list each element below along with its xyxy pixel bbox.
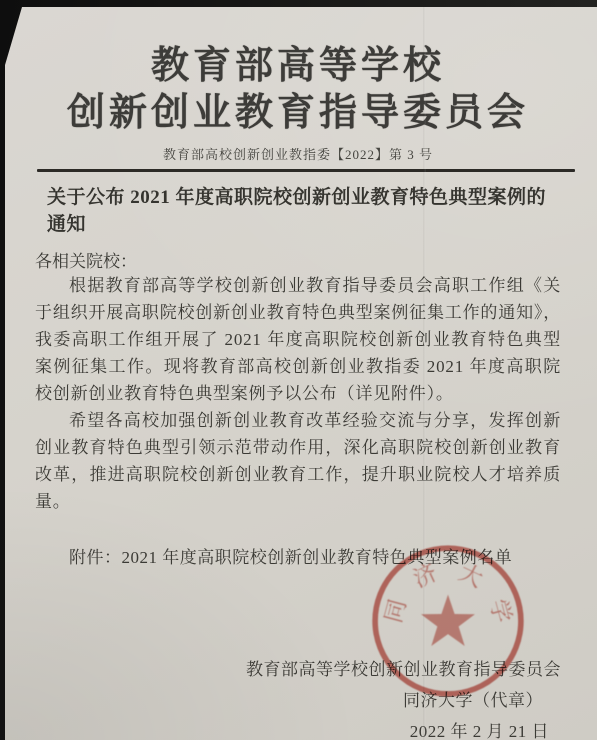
- issuing-org-line2: 创新创业教育指导委员会: [35, 90, 561, 137]
- signature-org: 教育部高等学校创新创业教育指导委员会: [246, 654, 561, 685]
- signature-date: 2022 年 2 月 21 日: [410, 716, 549, 740]
- star-icon: [421, 595, 475, 646]
- photographed-notice: 教育部高等学校 创新创业教育指导委员会 教育部高校创新创业教指委【2022】第 …: [0, 0, 597, 740]
- signature-block: 教育部高等学校创新创业教育指导委员会 同济大学（代章） 2022 年 2 月 2…: [35, 654, 561, 740]
- body-paragraph-2: 希望各高校加强创新创业教育改革经验交流与分享，发挥创新创业教育特色典型引领示范带…: [35, 407, 561, 515]
- header-divider: [37, 169, 575, 172]
- salutation: 各相关院校：: [35, 247, 561, 272]
- seal-char-4: 学: [484, 597, 515, 626]
- signature-proxy: 同济大学（代章）: [403, 685, 543, 716]
- paper-sheet: 教育部高等学校 创新创业教育指导委员会 教育部高校创新创业教指委【2022】第 …: [5, 7, 597, 740]
- issuing-org-title: 教育部高等学校 创新创业教育指导委员会: [35, 43, 561, 137]
- body-paragraph-1: 根据教育部高等学校创新创业教育指导委员会高职工作组《关于组织开展高职院校创新创业…: [35, 272, 561, 407]
- issuing-org-line1: 教育部高等学校: [35, 43, 561, 90]
- notice-subject: 关于公布 2021 年度高职院校创新创业教育特色典型案例的通知: [35, 182, 561, 236]
- document-number: 教育部高校创新创业教指委【2022】第 3 号: [35, 144, 561, 163]
- seal-text-arc: 同 济 大 学: [381, 560, 516, 626]
- seal-char-1: 同: [381, 597, 412, 626]
- attachment-line: 附件：2021 年度高职院校创新创业教育特色典型案例名单: [35, 543, 561, 568]
